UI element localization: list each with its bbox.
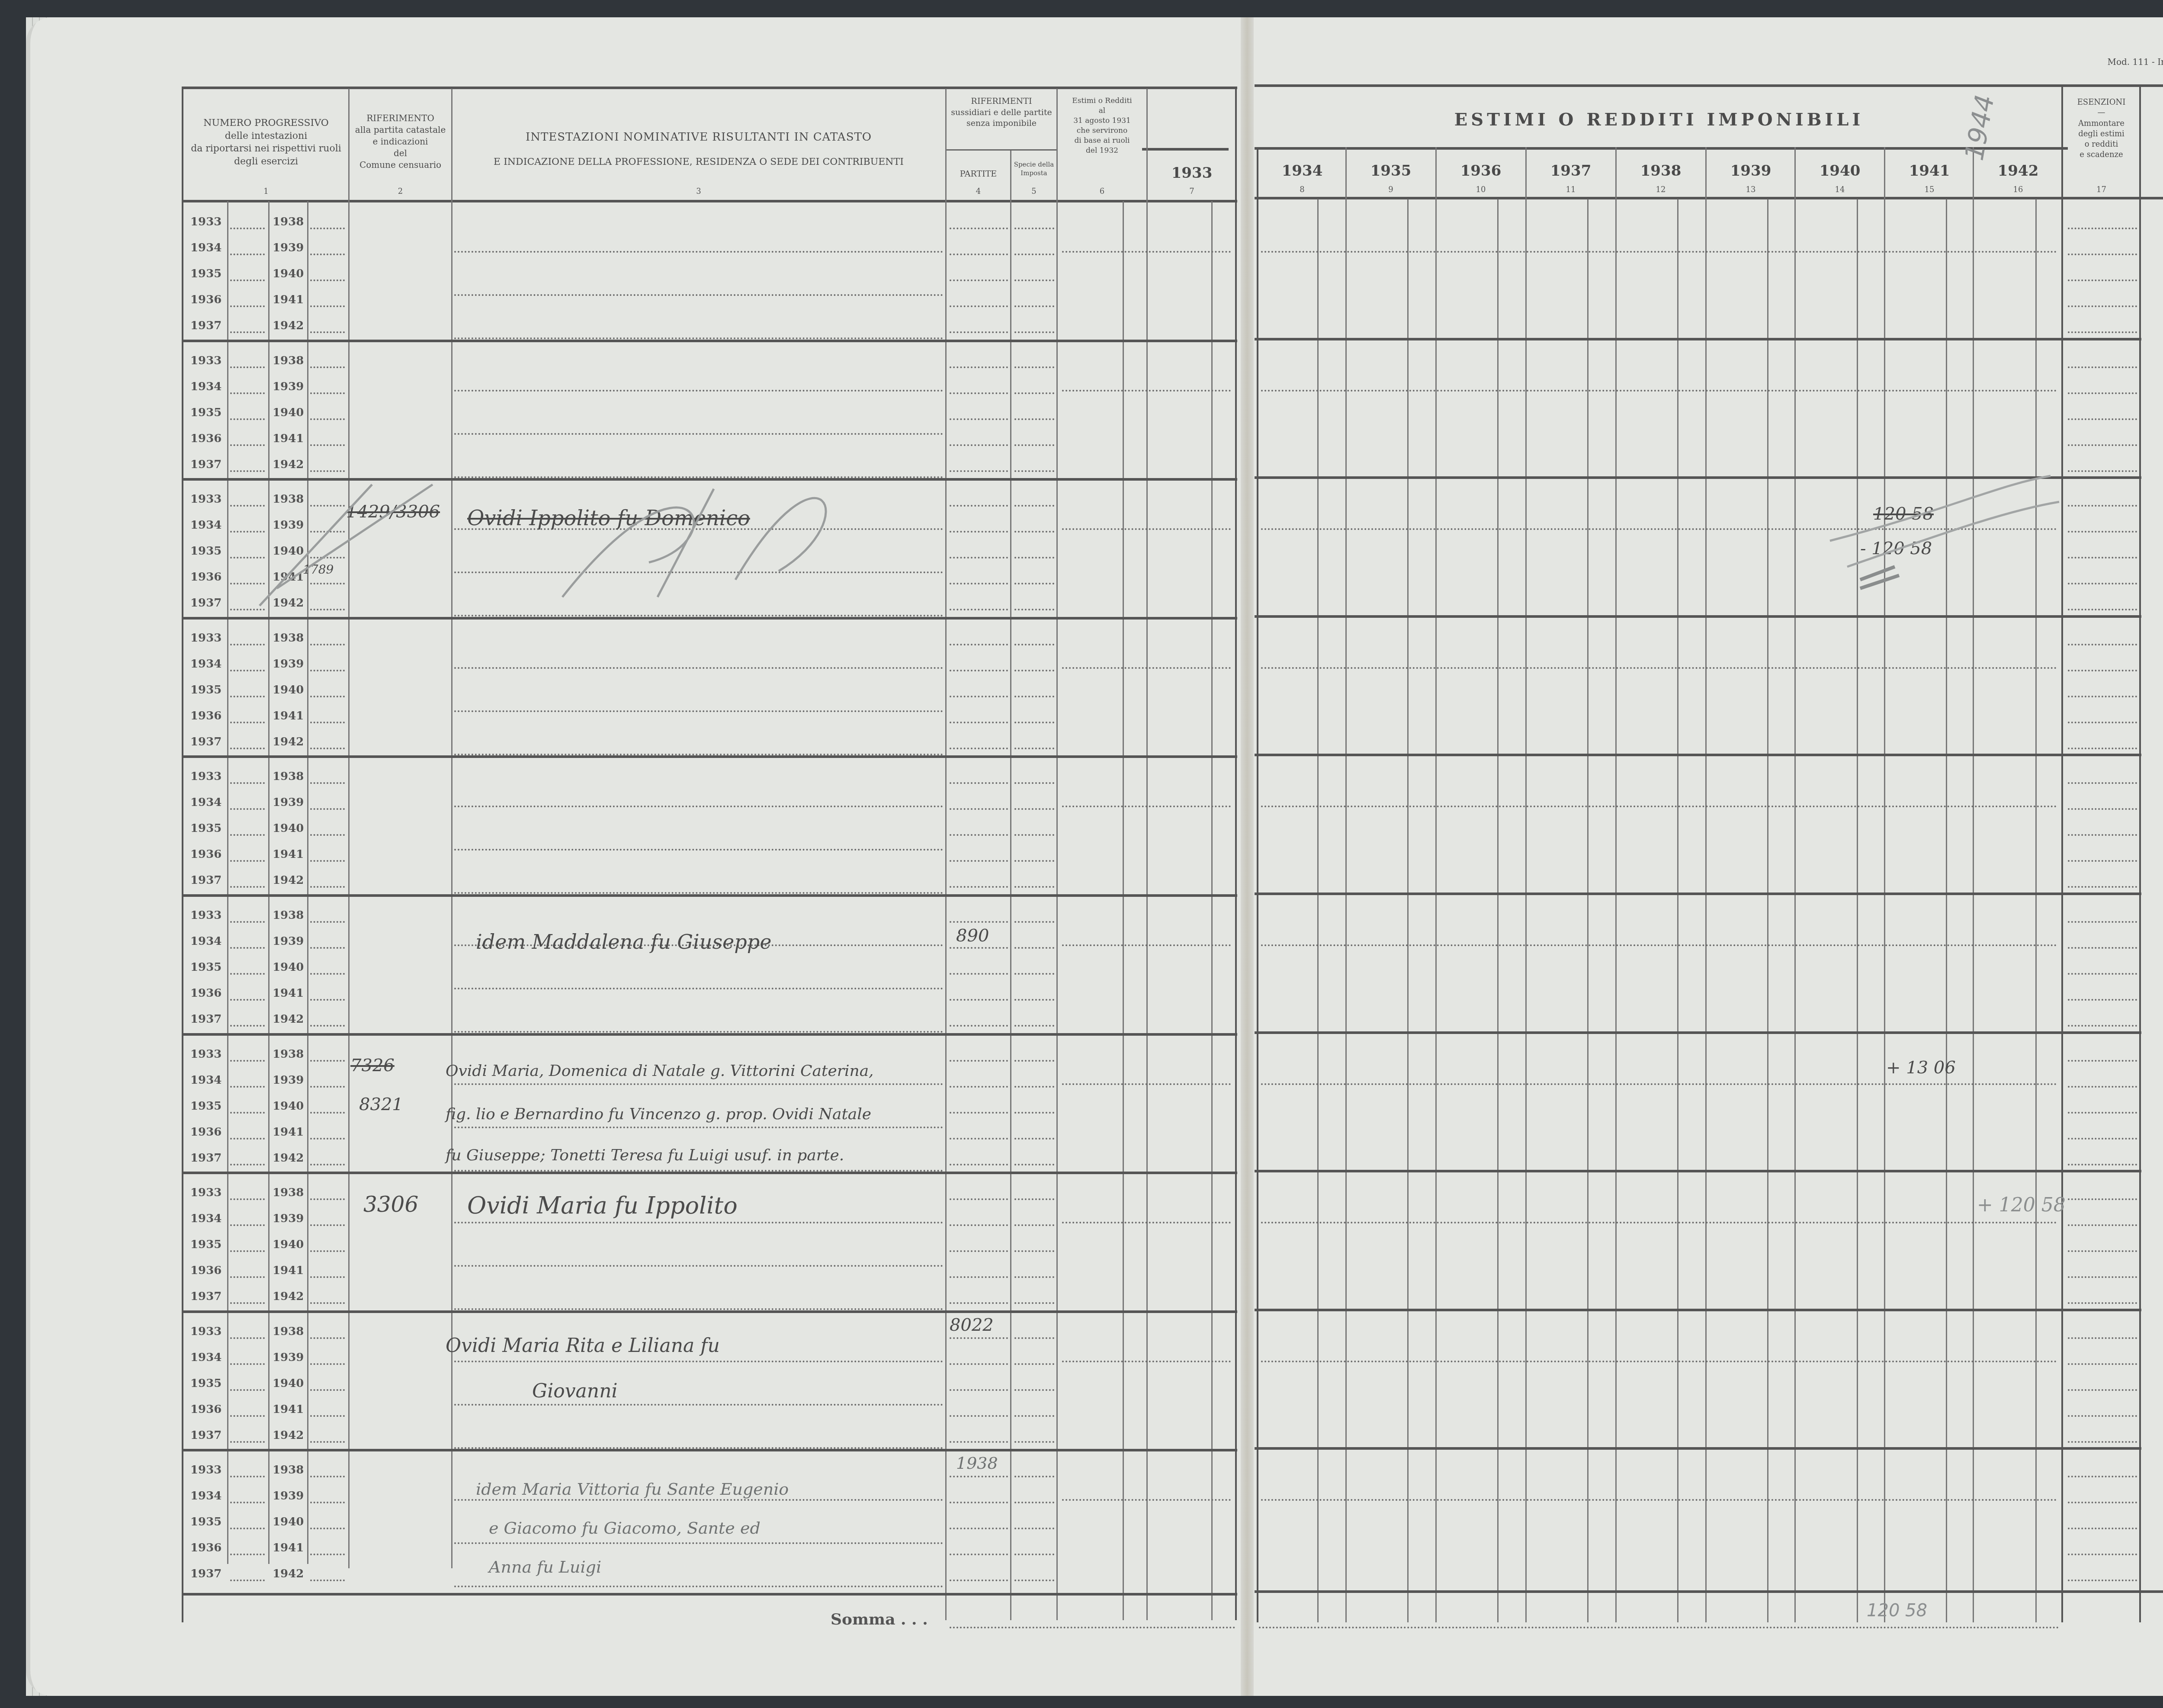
somma-dotted-line — [950, 1627, 1235, 1628]
somma-dotted-line — [1259, 1627, 2059, 1628]
entry-7-amount-1941: + 13 06 — [1886, 1058, 1956, 1078]
strike-marks — [0, 0, 2163, 1708]
entry-7-ref-old: 7326 — [350, 1056, 395, 1076]
footer-rule-left — [182, 1593, 1237, 1596]
entry-9-partite: 8022 — [950, 1315, 994, 1335]
entry-8-amount-1942: + 120 58 — [1977, 1194, 2066, 1216]
entry-6-name: idem Maddalena fu Giuseppe — [476, 930, 771, 954]
entry-10-name-line-3: Anna fu Luigi — [489, 1557, 601, 1576]
entry-9-name-line-2: Giovanni — [532, 1380, 618, 1402]
entry-10-name-line-2: e Giacomo fu Giacomo, Sante ed — [489, 1519, 761, 1538]
entry-6-partite: 890 — [956, 926, 989, 946]
entry-7-ref: 8321 — [359, 1095, 403, 1114]
entry-7-name-line-1: Ovidi Maria, Domenica di Natale g. Vitto… — [446, 1062, 874, 1080]
entry-10-partite: 1938 — [956, 1454, 998, 1473]
footer-rule-right — [1255, 1590, 2163, 1593]
entry-7-name-line-3: fu Giuseppe; Tonetti Teresa fu Luigi usu… — [446, 1146, 844, 1164]
entry-8-ref: 3306 — [363, 1192, 418, 1217]
somma-label: Somma . . . — [831, 1610, 928, 1628]
somma-1941: 120 58 — [1867, 1601, 1927, 1621]
entry-9-name-line-1: Ovidi Maria Rita e Liliana fu — [446, 1335, 720, 1357]
entry-8-name: Ovidi Maria fu Ippolito — [467, 1192, 738, 1219]
entry-10-name-line-1: idem Maria Vittoria fu Sante Eugenio — [476, 1480, 789, 1499]
entry-7-name-line-2: fig. lio e Bernardino fu Vincenzo g. pro… — [446, 1105, 871, 1123]
